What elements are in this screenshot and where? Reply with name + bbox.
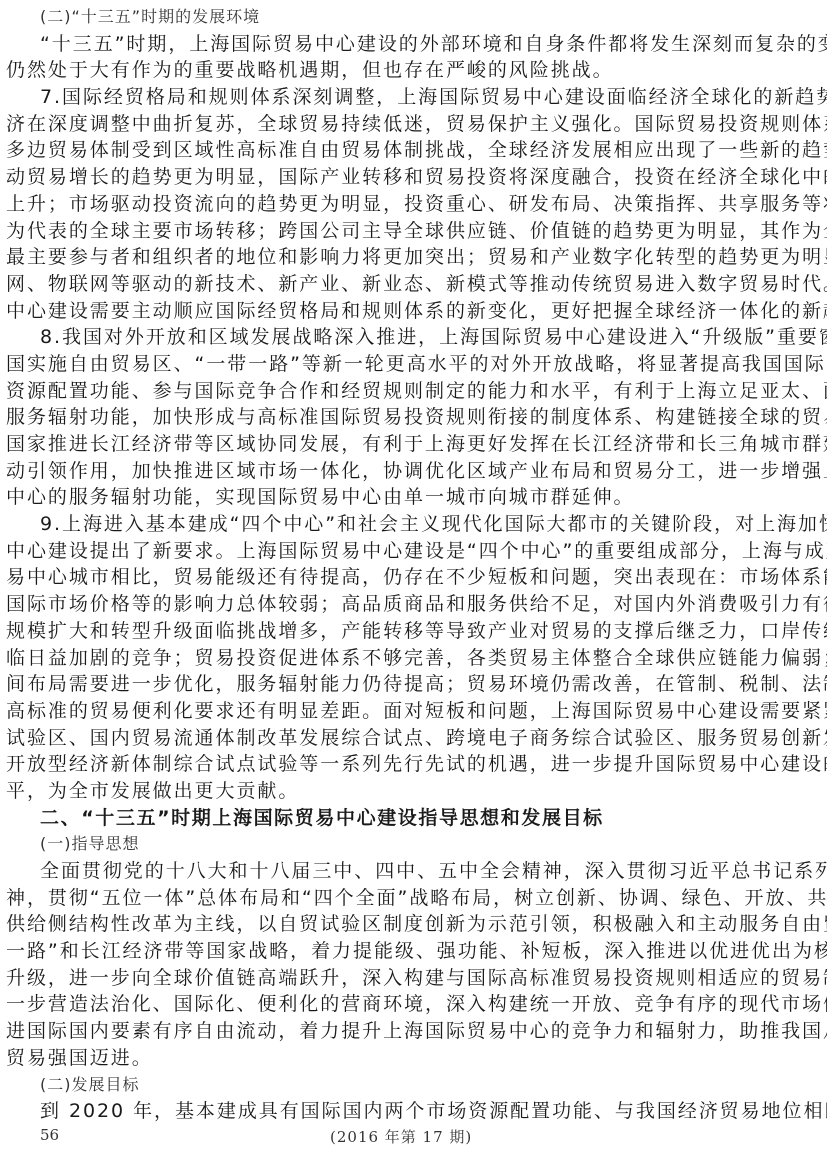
text-line: 进国际国内要素有序自由流动，着力提升上海国际贸易中心的竞争力和辐射力，助推我国从… <box>0 1018 827 1045</box>
text-line: 7.国际经贸格局和规则体系深刻调整，上海国际贸易中心建设面临经济全球化的新趋势。… <box>0 84 827 111</box>
text-line: 国家推进长江经济带等区域协同发展，有利于上海更好发挥在长江经济带和长三角城市群建… <box>0 431 827 458</box>
text-line: 动贸易增长的趋势更为明显，国际产业转移和贸易投资将深度融合，投资在经济全球化中的… <box>0 164 827 191</box>
page-footer: 56 (2016 年第 17 期) <box>0 1126 827 1150</box>
document-page: (二)“十三五”时期的发展环境“十三五”时期，上海国际贸易中心建设的外部环境和自… <box>0 4 827 1125</box>
text-line: 服务辐射功能，加快形成与高标准国际贸易投资规则衔接的制度体系、构建链接全球的贸易… <box>0 404 827 431</box>
issue-label: (2016 年第 17 期) <box>330 1126 472 1147</box>
text-line: 平，为全市发展做出更大贡献。 <box>0 778 827 805</box>
text-line: 国实施自由贸易区、“一带一路”等新一轮更高水平的对外开放战略，将显著提高我国国际… <box>0 351 827 378</box>
subsection-heading: (二)“十三五”时期的发展环境 <box>0 4 827 31</box>
subsection-heading: (二)发展目标 <box>0 1072 827 1099</box>
text-line: “十三五”时期，上海国际贸易中心建设的外部环境和自身条件都将发生深刻而复杂的变化… <box>0 31 827 58</box>
text-line: 中心的服务辐射功能，实现国际贸易中心由单一城市向城市群延伸。 <box>0 484 827 511</box>
text-line: 多边贸易体制受到区域性高标准自由贸易体制挑战，全球经济发展相应出现了一些新的趋势… <box>0 137 827 164</box>
text-line: 国际市场价格等的影响力总体较弱；高品质商品和服务供给不足，对国内外消费吸引力有待… <box>0 591 827 618</box>
text-line: 中心建设需要主动顺应国际经贸格局和规则体系的新变化，更好把握全球经济一体化的新趋… <box>0 298 827 325</box>
text-line: 仍然处于大有作为的重要战略机遇期，但也存在严峻的风险挑战。 <box>0 57 827 84</box>
text-line: 供给侧结构性改革为主线，以自贸试验区制度创新为示范引领，积极融入和主动服务自由贸… <box>0 911 827 938</box>
text-line: 一步营造法治化、国际化、便利化的营商环境，深入构建统一开放、竞争有序的现代市场体… <box>0 991 827 1018</box>
text-line: 为代表的全球主要市场转移；跨国公司主导全球供应链、价值链的趋势更为明显，其作为全… <box>0 218 827 245</box>
text-line: 开放型经济新体制综合试点试验等一系列先行先试的机遇，进一步提升国际贸易中心建设的… <box>0 751 827 778</box>
text-line: 中心建设提出了新要求。上海国际贸易中心建设是“四个中心”的重要组成部分，上海与成… <box>0 538 827 565</box>
text-line: 到 2020 年，基本建成具有国际国内两个市场资源配置功能、与我国经济贸易地位相… <box>0 1098 827 1125</box>
page-number: 56 <box>40 1126 59 1144</box>
text-line: 高标准的贸易便利化要求还有明显差距。面对短板和问题，上海国际贸易中心建设需要紧紧… <box>0 698 827 725</box>
text-line: 8.我国对外开放和区域发展战略深入推进，上海国际贸易中心建设进入“升级版”重要窗… <box>0 324 827 351</box>
text-line: 规模扩大和转型升级面临挑战增多，产能转移等导致产业对贸易的支撑后继乏力，口岸传统… <box>0 618 827 645</box>
text-line: 9.上海进入基本建成“四个中心”和社会主义现代化国际大都市的关键阶段，对上海加快… <box>0 511 827 538</box>
text-line: 济在深度调整中曲折复苏，全球贸易持续低迷，贸易保护主义强化。国际贸易投资规则体系… <box>0 111 827 138</box>
text-line: 网、物联网等驱动的新技术、新产业、新业态、新模式等推动传统贸易进入数字贸易时代。… <box>0 271 827 298</box>
text-line: 全面贯彻党的十八大和十八届三中、四中、五中全会精神，深入贯彻习近平总书记系列重要… <box>0 858 827 885</box>
text-line: 动引领作用，加快推进区域市场一体化，协调优化区域产业布局和贸易分工，进一步增强上… <box>0 458 827 485</box>
text-line: 上升；市场驱动投资流向的趋势更为明显，投资重心、研发布局、决策指挥、共享服务等将… <box>0 191 827 218</box>
text-line: 间布局需要进一步优化，服务辐射能力仍待提高；贸易环境仍需改善，在管制、税制、法制… <box>0 671 827 698</box>
section-heading: 二、“十三五”时期上海国际贸易中心建设指导思想和发展目标 <box>0 805 827 832</box>
text-line: 临日益加剧的竞争；贸易投资促进体系不够完善，各类贸易主体整合全球供应链能力偏弱；… <box>0 645 827 672</box>
text-line: 试验区、国内贸易流通体制改革发展综合试点、跨境电子商务综合试验区、服务贸易创新发… <box>0 725 827 752</box>
text-line: 一路”和长江经济带等国家战略，着力提能级、强功能、补短板，深入推进以优进优出为核… <box>0 938 827 965</box>
text-line: 升级，进一步向全球价值链高端跃升，深入构建与国际高标准贸易投资规则相适应的贸易制… <box>0 965 827 992</box>
text-line: 资源配置功能、参与国际竞争合作和经贸规则制定的能力和水平，有利于上海立足亚太、面… <box>0 378 827 405</box>
text-line: 最主要参与者和组织者的地位和影响力将更加突出；贸易和产业数字化转型的趋势更为明显… <box>0 244 827 271</box>
text-line: 神，贯彻“五位一体”总体布局和“四个全面”战略布局，树立创新、协调、绿色、开放、… <box>0 885 827 912</box>
text-line: 贸易强国迈进。 <box>0 1045 827 1072</box>
subsection-heading: (一)指导思想 <box>0 831 827 858</box>
text-line: 易中心城市相比，贸易能级还有待提高，仍存在不少短板和问题，突出表现在：市场体系能… <box>0 564 827 591</box>
